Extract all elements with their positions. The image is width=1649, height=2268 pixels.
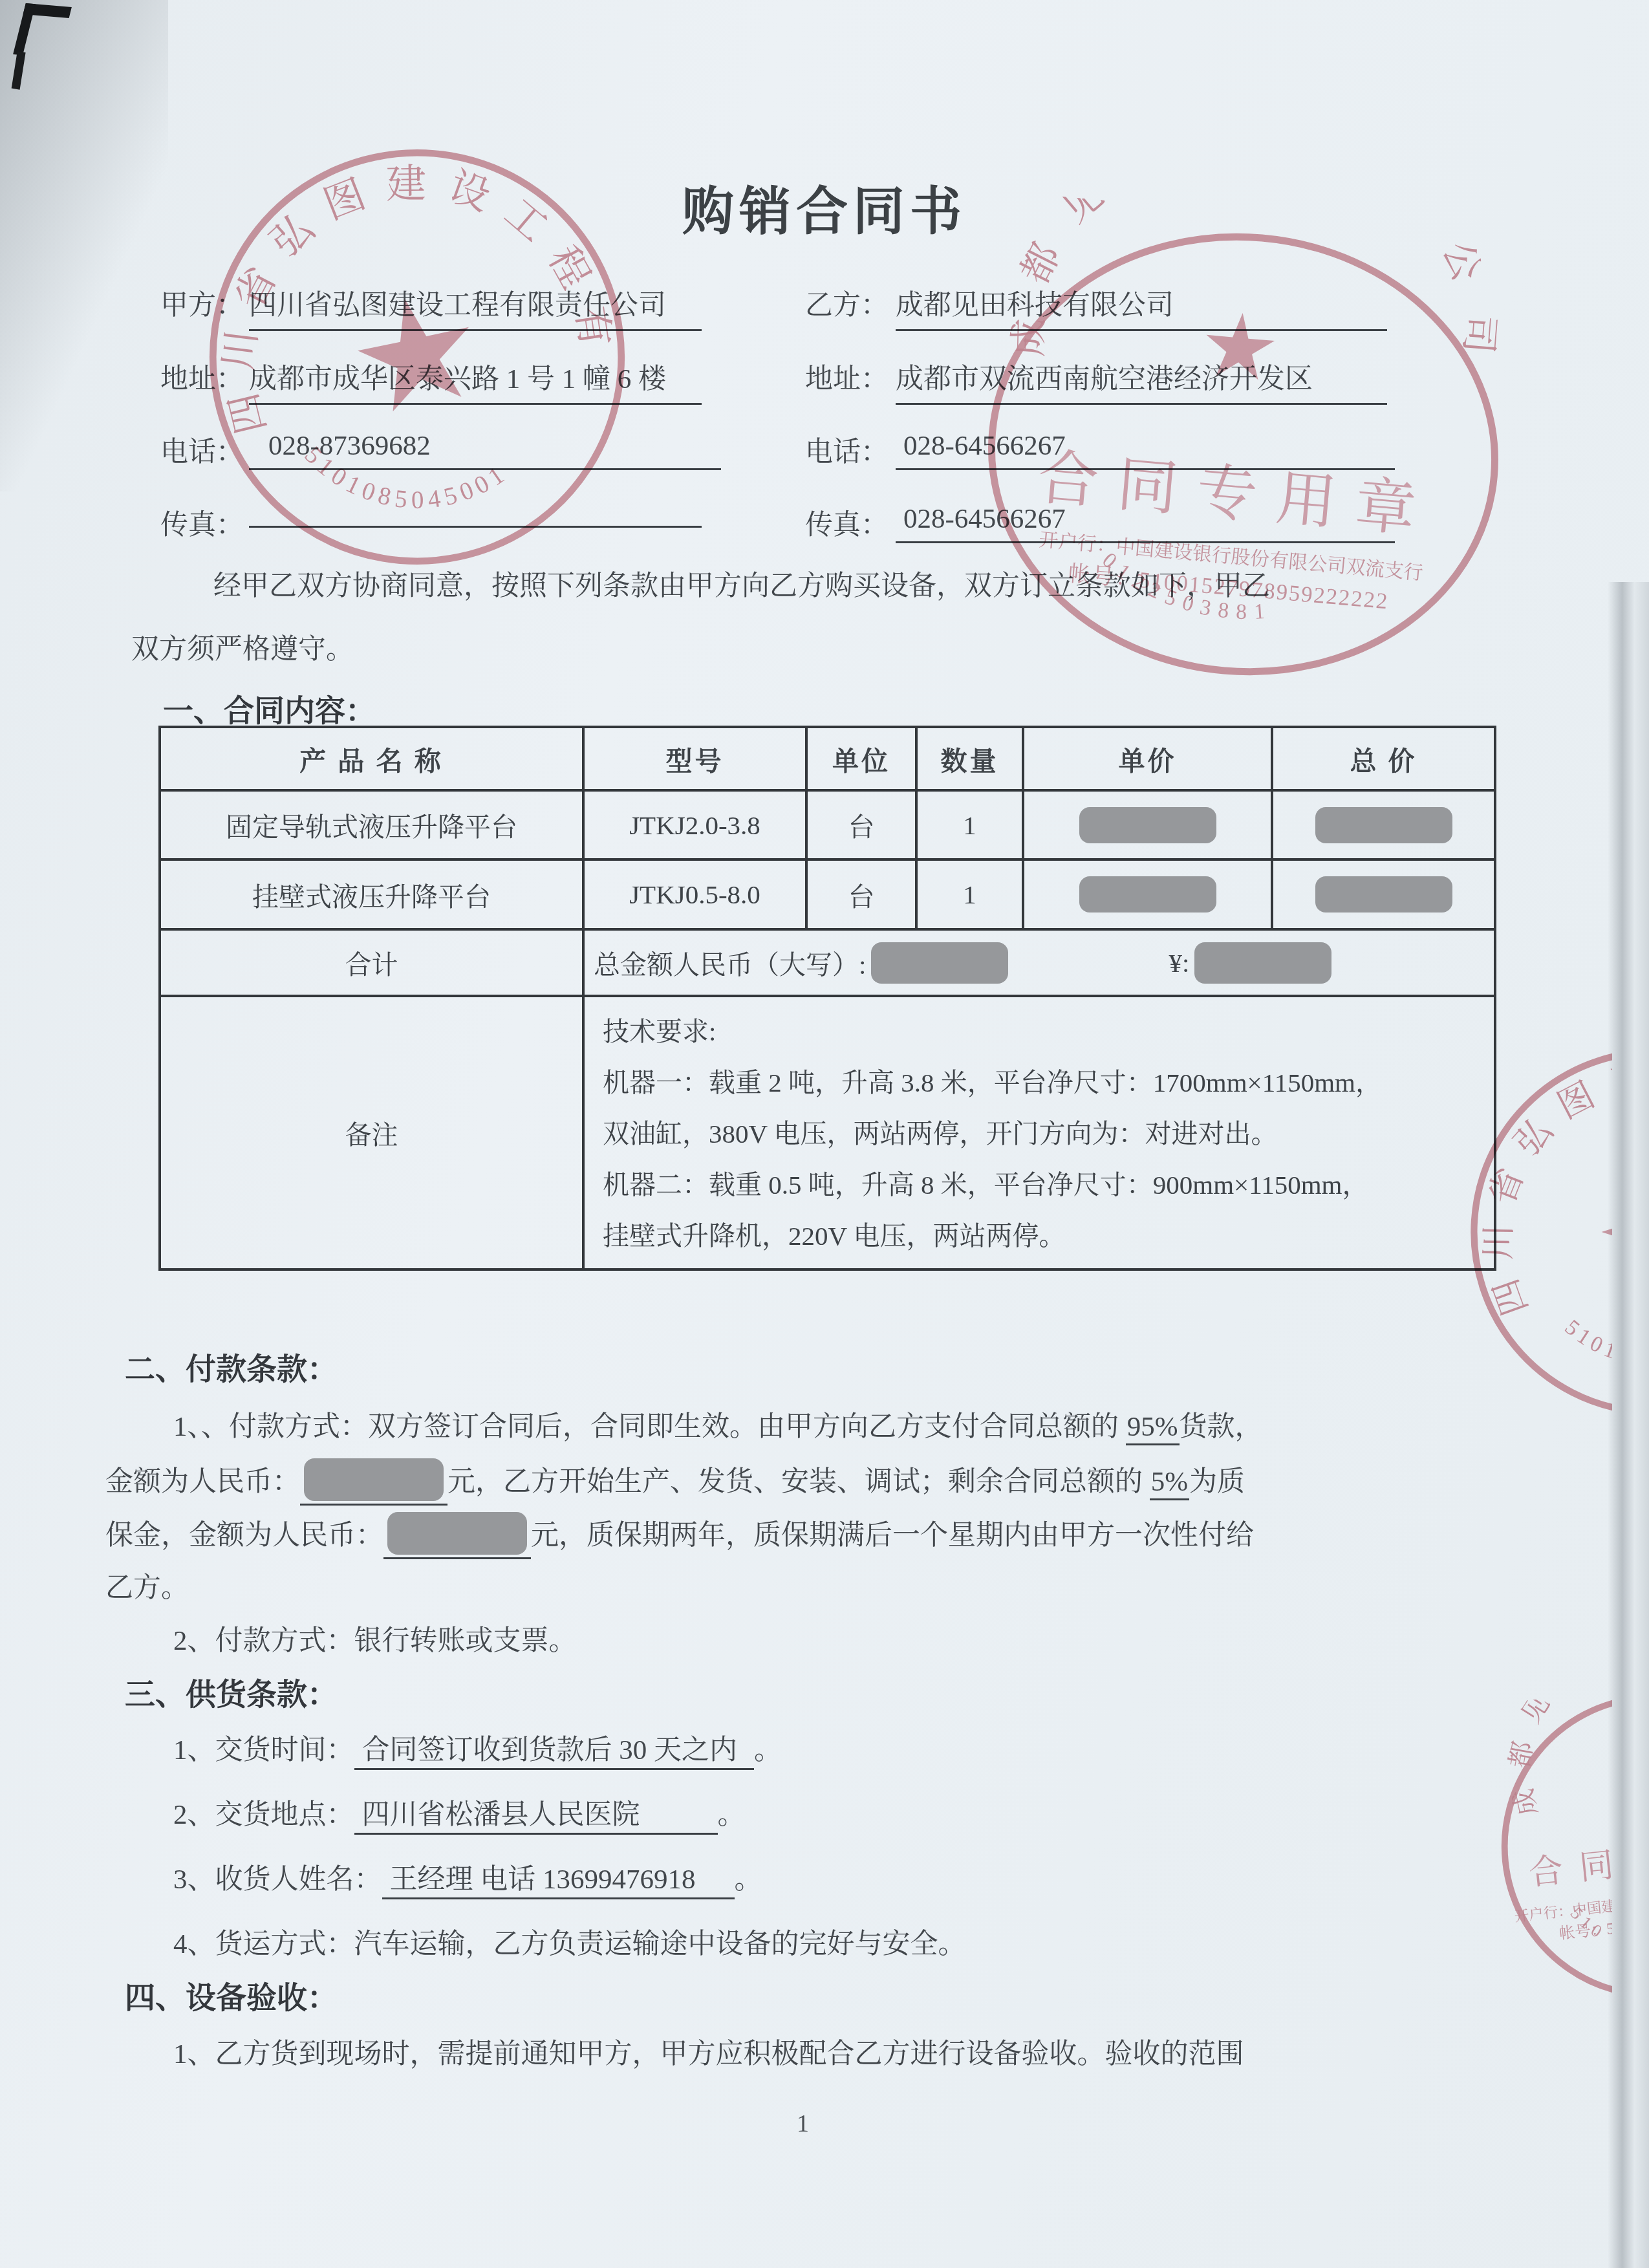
product-unit: 台 [806, 790, 916, 859]
party-a-name: 四川省弘图建设工程有限责任公司 [249, 283, 702, 331]
remark-label: 备注 [160, 996, 583, 1269]
product-model: JTKJ0.5-8.0 [583, 859, 806, 929]
seal-bank-line: 开户行：中国建设银行股份有限公司双流支行 [1514, 1878, 1612, 1925]
amount-figure-redacted [1194, 942, 1331, 984]
payment-text: 元，质保期两年，质保期满后一个星期内由甲方一次性付给 [531, 1520, 1254, 1551]
col-header-model: 型号 [583, 727, 806, 790]
remark-content: 技术要求: 机器一：载重 2 吨，升高 3.8 米，平台净尺寸：1700mm×1… [583, 996, 1495, 1269]
remark-line: 双油缸，380V 电压，两站两停，开门方向为：对进对出。 [603, 1108, 1487, 1160]
supply-item-label: 2、交货地点： [173, 1800, 354, 1830]
party-a-fax [249, 519, 702, 528]
product-qty: 1 [916, 859, 1023, 929]
payment-item1-line1: 1、、付款方式：双方签订合同后，合同即生效。由甲方向乙方支付合同总额的 95%货… [173, 1405, 1263, 1444]
party-b-name: 成都见田科技有限公司 [896, 283, 1387, 331]
payment-text: 保金，金额为人民币： [105, 1520, 383, 1551]
party-b-phone: 028-64566267 [896, 430, 1395, 470]
seal-arc-text: 成都见田科技有限公司 [1495, 1688, 1612, 1835]
party-a-address: 成都市成华区泰兴路 1 号 1 幢 6 楼 [249, 357, 702, 405]
party-a-fax-label: 传真： [160, 503, 244, 543]
supply-item-label: 1、交货时间： [173, 1735, 354, 1766]
party-b-seal-clip: 成都见田科技有限公司 合同专用章 开户行：中国建设银行股份有限公司双流支行 帐号… [1495, 1688, 1612, 2008]
supply-item-suffix: 。 [718, 1800, 746, 1830]
product-qty: 1 [916, 790, 1023, 859]
supply-item-2: 2、交货地点：四川省松潘县人民医院。 [173, 1793, 746, 1832]
scan-page-edge [1608, 582, 1649, 2268]
unit-price-redacted [1023, 859, 1272, 929]
contract-items-table: 产 品 名 称 型号 单位 数量 单价 总 价 固定导轨式液压升降平台 JTKJ… [158, 726, 1496, 1271]
table-row: 挂壁式液压升降平台 JTKJ0.5-8.0 台 1 [160, 859, 1495, 929]
remark-line: 机器二：载重 0.5 吨，升高 8 米，平台净尺寸：900mm×1150mm， [603, 1160, 1487, 1211]
product-unit: 台 [806, 859, 916, 929]
col-header-product: 产 品 名 称 [160, 727, 583, 790]
payment-text: 货款， [1180, 1412, 1263, 1442]
payment-text: 1、、付款方式：双方签订合同后，合同即生效。由甲方向乙方支付合同总额的 [173, 1412, 1126, 1442]
supply-item-suffix: 。 [735, 1864, 762, 1895]
supply-item-4: 4、货运方式：汽车运输，乙方负责运输途中设备的完好与安全。 [173, 1922, 966, 1961]
party-b-fax: 028-64566267 [896, 503, 1395, 543]
svg-text:510: 510 [1566, 1901, 1611, 1947]
svg-text:成都见田科技有限公司: 成都见田科技有限公司 [1495, 1688, 1612, 1835]
table-remark-row: 备注 技术要求: 机器一：载重 2 吨，升高 3.8 米，平台净尺寸：1700m… [160, 996, 1495, 1269]
seal-account-line: 帐号：51001527978959222222 [1558, 1903, 1612, 1943]
seal-center-text: 合同专用章 [1527, 1828, 1612, 1893]
payment-text: 为质 [1189, 1467, 1245, 1497]
section1-heading: 一、合同内容： [163, 687, 376, 730]
currency-symbol: ¥: [1169, 947, 1189, 978]
table-row: 固定导轨式液压升降平台 JTKJ2.0-3.8 台 1 [160, 790, 1495, 859]
supply-item-label: 3、收货人姓名： [173, 1864, 382, 1895]
party-b-fax-label: 传真： [805, 503, 889, 543]
payment-percent-95: 95% [1126, 1412, 1180, 1445]
party-b-label: 乙方： [805, 283, 889, 323]
payment-item1-line4: 乙方。 [105, 1566, 189, 1605]
payment-item1-line2: 金额为人民币：元，乙方开始生产、发货、安装、调试；剩余合同总额的 5%为质 [105, 1458, 1245, 1506]
receiver-value: 王经理 电话 13699476918 [382, 1864, 735, 1899]
intro-line-1: 经甲乙双方协商同意，按照下列条款由甲方向乙方购买设备，双方订立条款如下，甲乙 [213, 564, 1270, 603]
table-total-row: 合计 总金额人民币（大写）: ¥: [160, 929, 1495, 996]
party-b-address: 成都市双流西南航空港经济开发区 [896, 357, 1387, 405]
col-header-total-price: 总 价 [1272, 727, 1495, 790]
seal-serial: 510 [1566, 1901, 1611, 1947]
supply-item-1: 1、交货时间：合同签订收到货款后 30 天之内。 [173, 1728, 782, 1767]
total-row-label: 合计 [160, 929, 583, 996]
supply-item-suffix: 。 [754, 1735, 782, 1766]
payment-item2: 2、付款方式：银行转账或支票。 [173, 1619, 577, 1658]
party-a-phone: 028-87369682 [249, 430, 721, 470]
delivery-time-value: 合同签订收到货款后 30 天之内 [354, 1735, 755, 1770]
intro-line-2: 双方须严格遵守。 [131, 627, 354, 667]
party-b-phone-label: 电话： [805, 430, 889, 470]
table-header-row: 产 品 名 称 型号 单位 数量 单价 总 价 [160, 727, 1495, 790]
section2-heading: 二、付款条款： [125, 1345, 338, 1388]
page-number: 1 [797, 2110, 809, 2138]
total-amount-text: 总金额人民币（大写）: [594, 944, 866, 982]
product-name: 挂壁式液压升降平台 [160, 859, 583, 929]
unit-price-redacted [1023, 790, 1272, 859]
total-row-content: 总金额人民币（大写）: ¥: [583, 929, 1495, 996]
party-b-address-label: 地址： [805, 357, 889, 396]
amount-in-words-redacted [871, 942, 1008, 984]
payment-text: 金额为人民币： [105, 1467, 300, 1497]
remark-line: 机器一：载重 2 吨，升高 3.8 米，平台净尺寸：1700mm×1150mm， [603, 1057, 1487, 1108]
svg-text:5101085045001: 5101085045001 [1556, 1266, 1612, 1401]
section3-heading: 三、供货条款： [125, 1670, 338, 1714]
payment-item1-line3: 保金，金额为人民币：元，质保期两年，质保期满后一个星期内由甲方一次性付给 [105, 1512, 1254, 1559]
total-price-redacted [1272, 859, 1495, 929]
amount-redacted [300, 1458, 447, 1506]
product-name: 固定导轨式液压升降平台 [160, 790, 583, 859]
page-title: 购销合同书 [0, 169, 1649, 244]
delivery-place-value: 四川省松潘县人民医院 [354, 1800, 718, 1835]
amount-redacted [383, 1512, 531, 1559]
remark-line: 挂壁式升降机，220V 电压，两站两停。 [603, 1211, 1487, 1262]
party-b-round-seal: 成都见田科技有限公司 合同专用章 开户行：中国建设银行股份有限公司双流支行 帐号… [1495, 1688, 1612, 2008]
party-a-phone-label: 电话： [160, 430, 244, 470]
product-model: JTKJ2.0-3.8 [583, 790, 806, 859]
supply-item-3: 3、收货人姓名：王经理 电话 13699476918。 [173, 1857, 762, 1897]
acceptance-item-1: 1、乙方货到现场时，需提前通知甲方，甲方应积极配合乙方进行设备验收。验收的范围 [173, 2032, 1244, 2071]
payment-percent-5: 5% [1150, 1467, 1189, 1500]
seal-serial: 5101085045001 [1556, 1266, 1612, 1401]
total-price-redacted [1272, 790, 1495, 859]
col-header-unit: 单位 [806, 727, 916, 790]
col-header-unit-price: 单价 [1023, 727, 1272, 790]
party-a-label: 甲方： [160, 283, 244, 323]
col-header-qty: 数量 [916, 727, 1023, 790]
party-a-address-label: 地址： [160, 357, 244, 396]
payment-text: 元，乙方开始生产、发货、安装、调试；剩余合同总额的 [447, 1467, 1150, 1497]
scanned-contract-page: 购销合同书 甲方： 四川省弘图建设工程有限责任公司 乙方： 成都见田科技有限公司… [0, 0, 1649, 2268]
remark-line: 技术要求: [603, 1006, 1487, 1057]
section4-heading: 四、设备验收： [125, 1974, 338, 2017]
